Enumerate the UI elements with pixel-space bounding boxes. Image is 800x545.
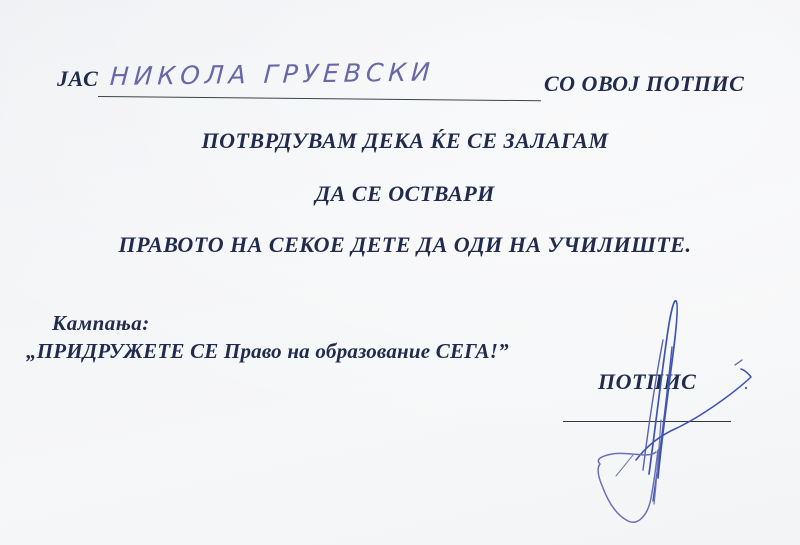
campaign-quote: „ПРИДРУЖЕТЕ СЕ Право на образование СЕГА… bbox=[26, 339, 509, 364]
signature-label: ПОТПИС bbox=[598, 369, 696, 395]
pledge-line-2: ДА СЕ ОСТВАРИ bbox=[0, 181, 800, 207]
signature-line bbox=[563, 421, 731, 422]
pledge-line-1: ПОТВРДУВАМ ДЕКА ЌЕ СЕ ЗАЛАГАМ bbox=[0, 128, 800, 154]
scanned-pledge-document: ЈАС Никола Груевски СО ОВОЈ ПОТПИС ПОТВР… bbox=[0, 0, 800, 545]
handwritten-name: Никола Груевски bbox=[109, 56, 541, 91]
name-underline bbox=[98, 96, 541, 101]
campaign-label: Кампања: bbox=[52, 311, 150, 336]
pledge-line-3: ПРАВОТО НА СЕКОЕ ДЕТЕ ДА ОДИ НА УЧИЛИШТЕ… bbox=[0, 232, 800, 258]
pledge-prefix-text: ЈАС bbox=[57, 66, 98, 92]
pledge-suffix-text: СО ОВОЈ ПОТПИС bbox=[544, 71, 744, 97]
